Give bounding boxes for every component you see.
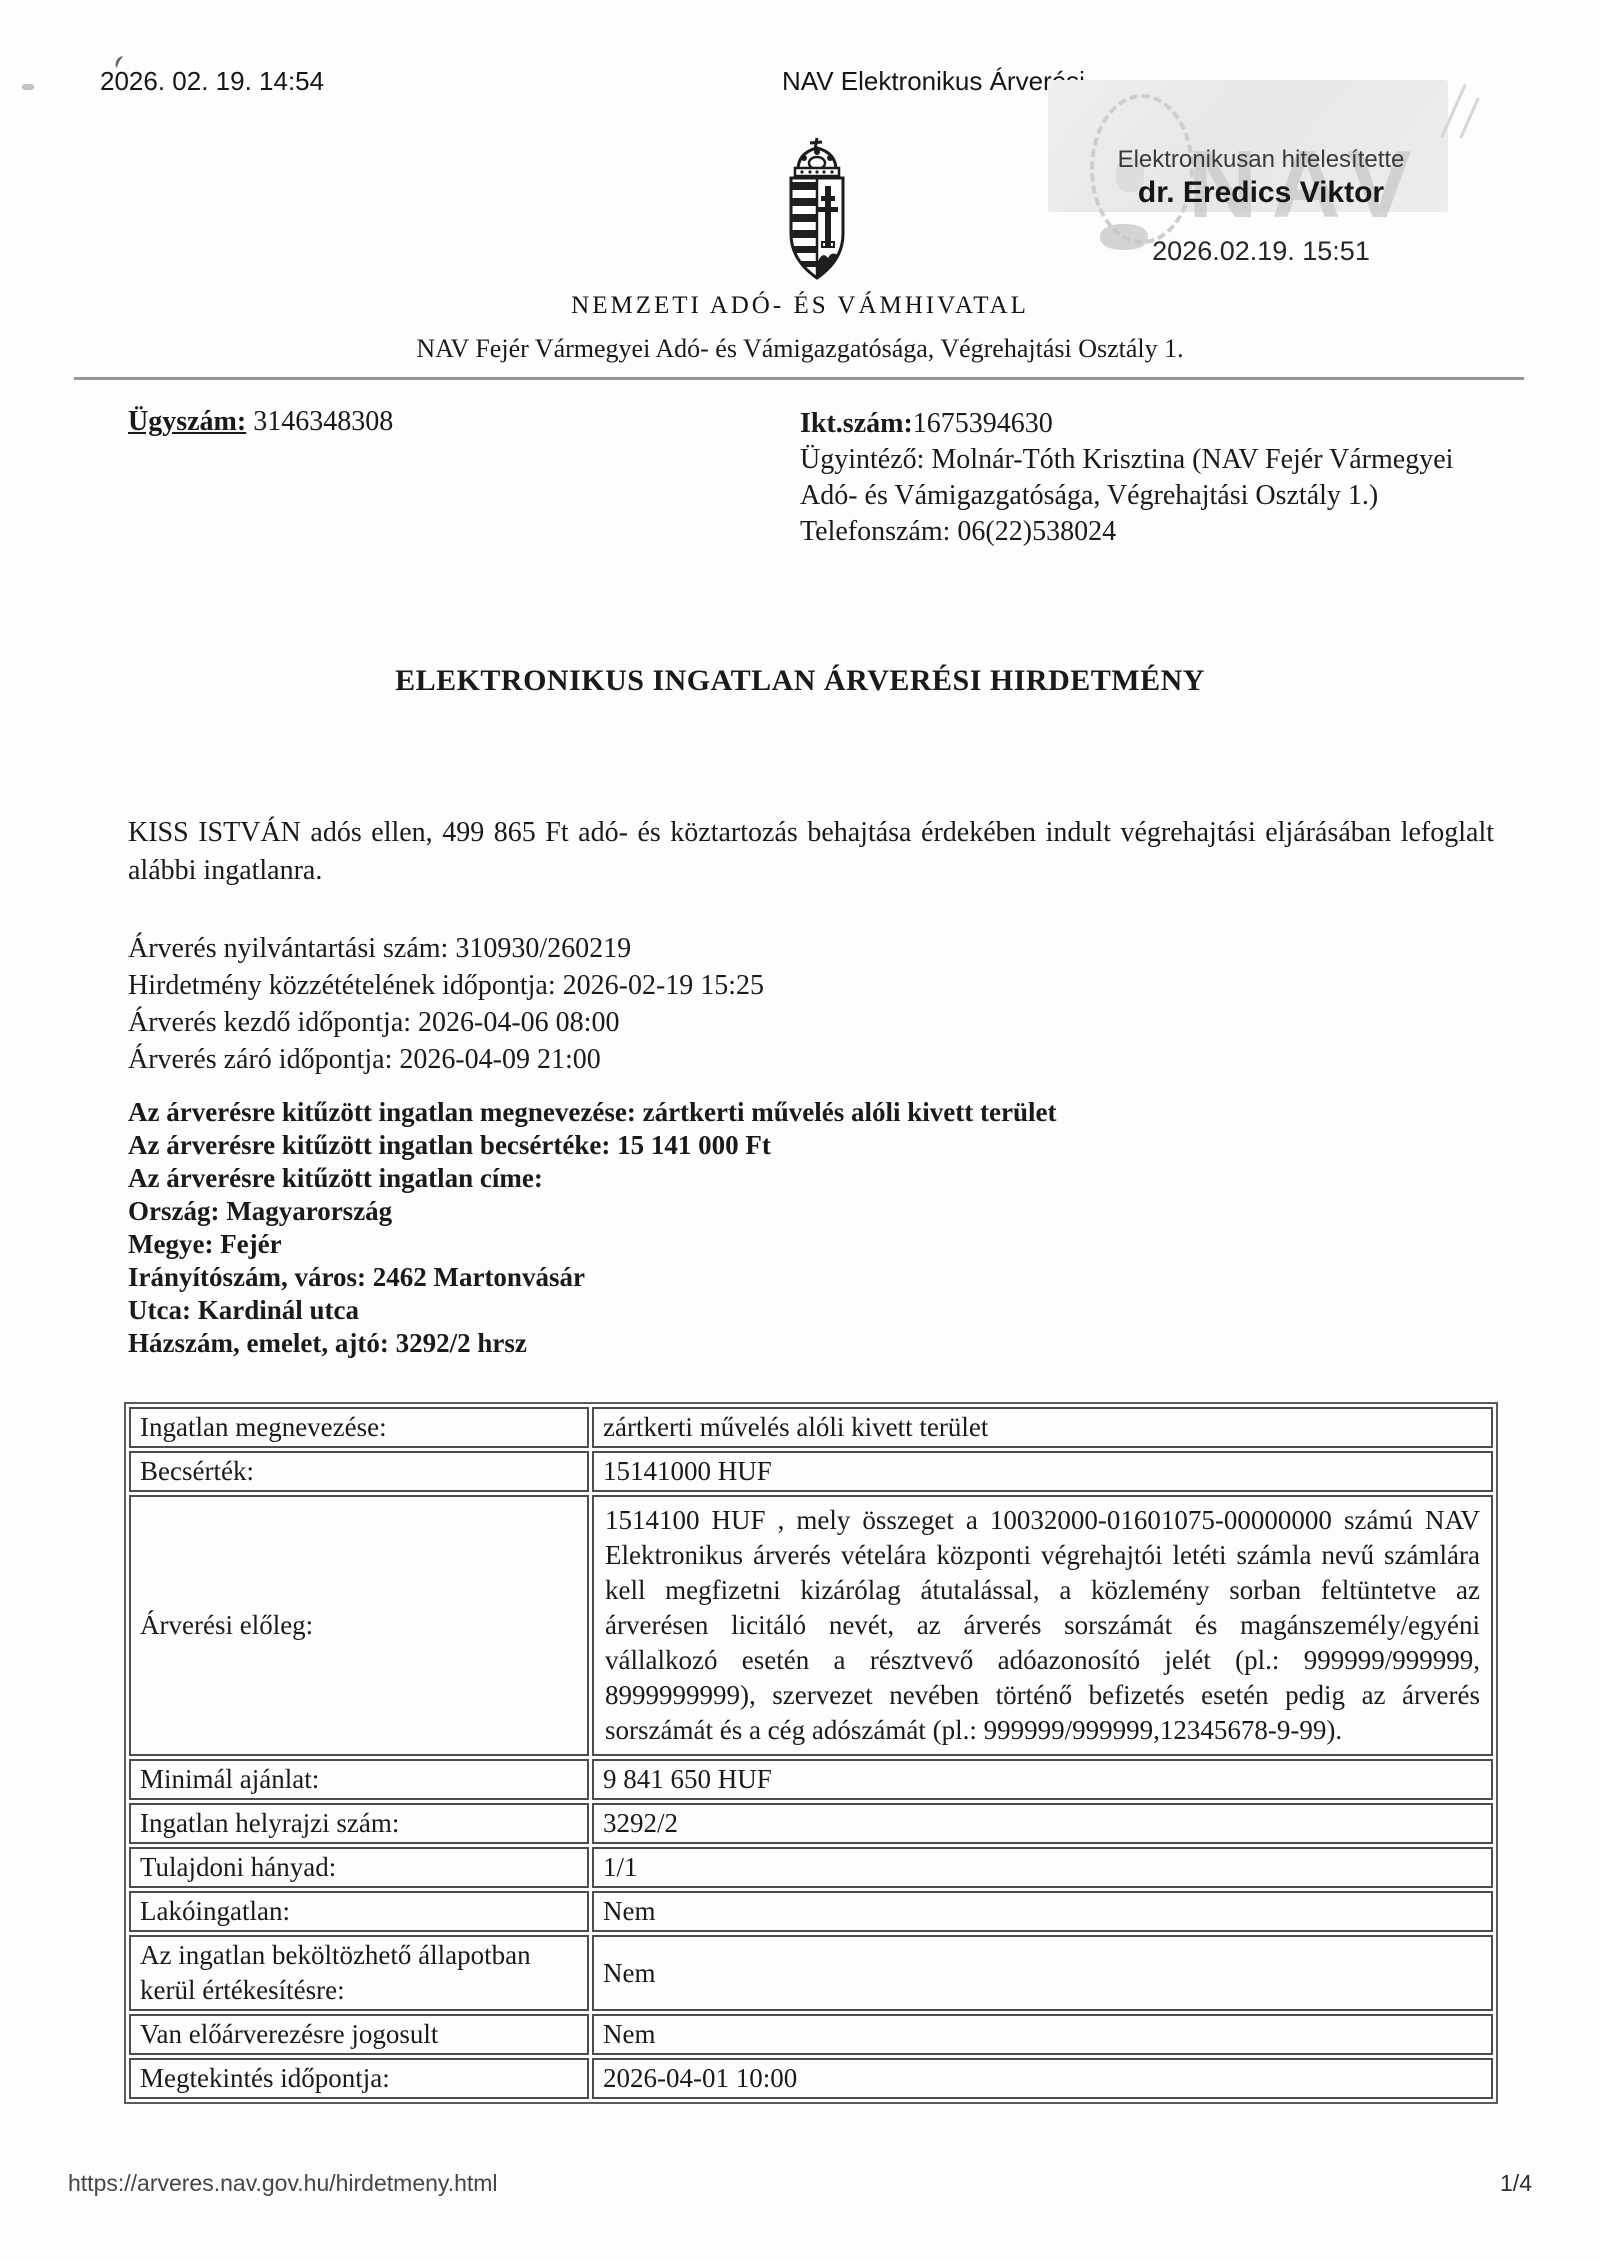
- table-row: Van előárverezésre jogosult Nem: [129, 2014, 1493, 2055]
- table-row: Megtekintés időpontja: 2026-04-01 10:00: [129, 2058, 1493, 2099]
- auction-meta-line: Árverés kezdő időpontja: 2026-04-06 08:0…: [128, 1004, 764, 1041]
- print-header-datetime: 2026. 02. 19. 14:54: [100, 66, 324, 97]
- table-row: Becsérték: 15141000 HUF: [129, 1451, 1493, 1492]
- property-detail-line: Megye: Fejér: [128, 1228, 1056, 1261]
- registry-block: Ikt.szám:1675394630 Ügyintéző: Molnár-Tó…: [800, 406, 1470, 550]
- hungarian-coat-of-arms-logo: [780, 136, 854, 291]
- scanned-auction-notice-page: 2026. 02. 19. 14:54 NAV Elektronikus Árv…: [0, 0, 1600, 2261]
- row-value: zártkerti művelés alóli kivett terület: [592, 1407, 1493, 1448]
- row-value: Nem: [592, 1891, 1493, 1932]
- case-phone-line: Telefonszám: 06(22)538024: [800, 514, 1470, 550]
- print-header-title: NAV Elektronikus Árverési: [782, 66, 1085, 97]
- row-value: Nem: [592, 2014, 1493, 2055]
- stamp-certified-label: Elektronikusan hitelesítette: [1075, 146, 1447, 174]
- table-row: Lakóingatlan: Nem: [129, 1891, 1493, 1932]
- property-detail-line: Az árverésre kitűzött ingatlan címe:: [128, 1162, 1056, 1195]
- footer-page-indicator: 1/4: [1500, 2170, 1532, 2197]
- iktszam-label: Ikt.szám:: [800, 408, 913, 439]
- stamp-certifier-name: dr. Eredics Viktor: [1075, 176, 1447, 210]
- authority-office-line: NAV Fejér Vármegyei Adó- és Vámigazgatós…: [0, 334, 1600, 364]
- case-number-block: Ügyszám: 3146348308: [128, 406, 393, 438]
- row-value: 1514100 HUF , mely összeget a 10032000-0…: [592, 1495, 1493, 1756]
- ugyszam-value: 3146348308: [253, 406, 393, 437]
- row-label: Az ingatlan beköltözhető állapotban kerü…: [129, 1935, 589, 2011]
- row-label: Ingatlan helyrajzi szám:: [129, 1803, 589, 1844]
- stamp-certified-datetime: 2026.02.19. 15:51: [1075, 236, 1447, 267]
- auction-meta-block: Árverés nyilvántartási szám: 310930/2602…: [128, 930, 764, 1078]
- row-value: 1/1: [592, 1847, 1493, 1888]
- esignature-stamp: Elektronikusan hitelesítette dr. Eredics…: [1075, 146, 1447, 267]
- ugyszam-label: Ügyszám:: [128, 406, 246, 437]
- table-row: Tulajdoni hányad: 1/1: [129, 1847, 1493, 1888]
- header-divider: [74, 377, 1524, 380]
- row-label: Minimál ajánlat:: [129, 1759, 589, 1800]
- property-detail-line: Házszám, emelet, ajtó: 3292/2 hrsz: [128, 1327, 1056, 1360]
- row-label: Van előárverezésre jogosult: [129, 2014, 589, 2055]
- table-row: Az ingatlan beköltözhető állapotban kerü…: [129, 1935, 1493, 2011]
- row-label: Árverési előleg:: [129, 1495, 589, 1756]
- row-value: 9 841 650 HUF: [592, 1759, 1493, 1800]
- scan-artifact: [22, 84, 34, 90]
- document-title: ELEKTRONIKUS INGATLAN ÁRVERÉSI HIRDETMÉN…: [0, 664, 1600, 698]
- auction-meta-line: Hirdetmény közzétételének időpontja: 202…: [128, 967, 764, 1004]
- footer-source-url: https://arveres.nav.gov.hu/hirdetmeny.ht…: [68, 2170, 498, 2197]
- auction-meta-line: Árverés nyilvántartási szám: 310930/2602…: [128, 930, 764, 967]
- table-row: Ingatlan megnevezése: zártkerti művelés …: [129, 1407, 1493, 1448]
- property-detail-line: Az árverésre kitűzött ingatlan becsérték…: [128, 1129, 1056, 1162]
- row-value: 3292/2: [592, 1803, 1493, 1844]
- row-label: Lakóingatlan:: [129, 1891, 589, 1932]
- table-row: Árverési előleg: 1514100 HUF , mely össz…: [129, 1495, 1493, 1756]
- row-value: 15141000 HUF: [592, 1451, 1493, 1492]
- row-label: Megtekintés időpontja:: [129, 2058, 589, 2099]
- iktszam-value: 1675394630: [913, 408, 1053, 439]
- property-table: Ingatlan megnevezése: zártkerti művelés …: [124, 1402, 1498, 2104]
- iktszam-line: Ikt.szám:1675394630: [800, 406, 1470, 442]
- row-value: Nem: [592, 1935, 1493, 2011]
- property-details-block: Az árverésre kitűzött ingatlan megnevezé…: [128, 1096, 1056, 1360]
- property-detail-line: Az árverésre kitűzött ingatlan megnevezé…: [128, 1096, 1056, 1129]
- scan-artifact: [1459, 97, 1480, 138]
- property-detail-line: Utca: Kardinál utca: [128, 1294, 1056, 1327]
- authority-name: NEMZETI ADÓ- ÉS VÁMHIVATAL: [0, 292, 1600, 320]
- row-value: 2026-04-01 10:00: [592, 2058, 1493, 2099]
- row-label: Tulajdoni hányad:: [129, 1847, 589, 1888]
- auction-meta-line: Árverés záró időpontja: 2026-04-09 21:00: [128, 1041, 764, 1078]
- property-detail-line: Irányítószám, város: 2462 Martonvásár: [128, 1261, 1056, 1294]
- row-label: Ingatlan megnevezése:: [129, 1407, 589, 1448]
- table-row: Ingatlan helyrajzi szám: 3292/2: [129, 1803, 1493, 1844]
- case-officer-line: Ügyintéző: Molnár-Tóth Krisztina (NAV Fe…: [800, 442, 1470, 514]
- property-detail-line: Ország: Magyarország: [128, 1195, 1056, 1228]
- table-row: Minimál ajánlat: 9 841 650 HUF: [129, 1759, 1493, 1800]
- intro-paragraph: KISS ISTVÁN adós ellen, 499 865 Ft adó- …: [128, 814, 1494, 890]
- row-label: Becsérték:: [129, 1451, 589, 1492]
